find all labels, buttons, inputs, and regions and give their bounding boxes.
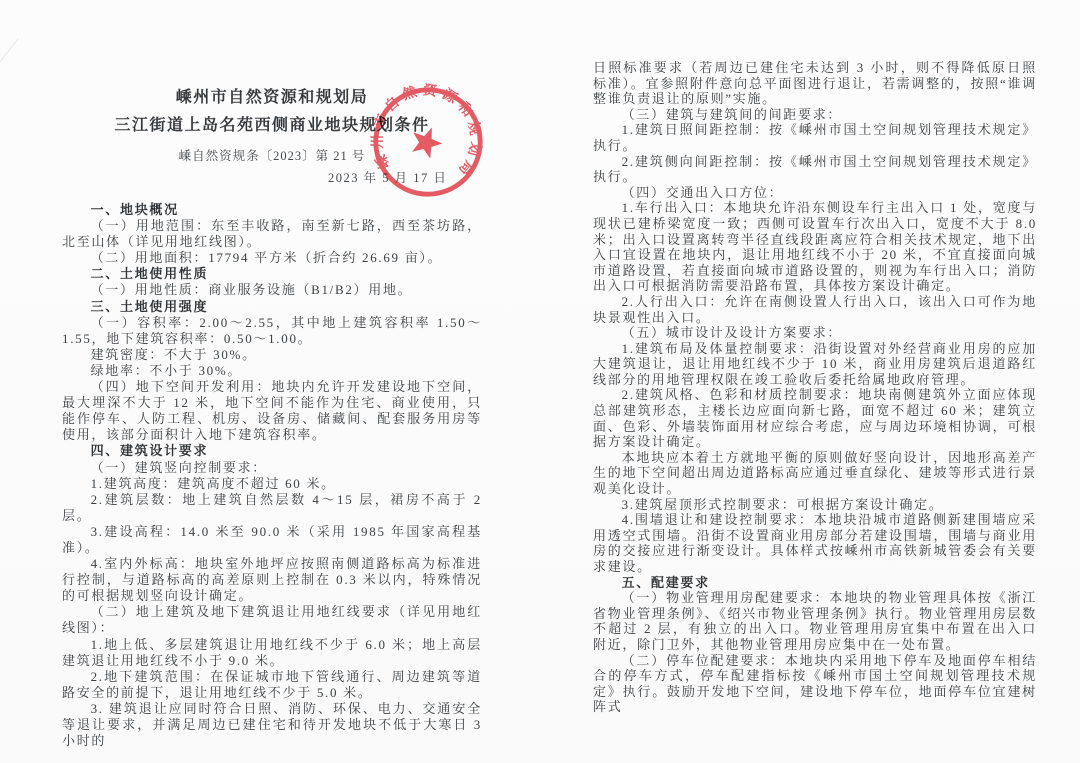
paragraph: （一）用地范围：东至丰收路，南至新七路，西至茶坊路，北至山体（详见用地红线图）。 [62, 218, 482, 250]
paragraph: 4.围墙退让和建设控制要求：本地块沿城市道路侧新建围墙应采用透空式围墙。沿街不设… [593, 512, 1037, 574]
paragraph: 3.建筑屋顶形式控制要求：可根据方案设计确定。 [593, 497, 1037, 513]
right-column: 日照标准要求（若周边已建住宅未达到 3 小时，则不得降低原日照标准）。宜参照附件… [593, 60, 1037, 715]
paragraph: （一）用地性质：商业服务设施（B1/B2）用地。 [62, 282, 482, 298]
paragraph: 四、建筑设计要求 [62, 443, 482, 459]
paragraph: （一）建筑竖向控制要求： [62, 460, 482, 476]
paragraph: 1.建筑日照间距控制：按《嵊州市国土空间规划管理技术规定》执行。 [593, 122, 1037, 153]
paragraph: 3. 建筑退让应同时符合日照、消防、环保、电力、交通安全等退让要求，并满足周边已… [62, 701, 482, 749]
paragraph: （一）物业管理用房配建要求：本地块的物业管理具体按《浙江省物业管理条例》、《绍兴… [593, 590, 1037, 652]
paragraph: 2.建筑风格、色彩和材质控制要求：地块南侧建筑外立面应体现总部建筑形态，主楼长边… [593, 387, 1037, 449]
paragraph: 三、土地使用强度 [62, 299, 482, 315]
scan-crease-line [0, 38, 19, 204]
paragraph: （三）建筑与建筑间的间距要求： [593, 107, 1037, 123]
paragraph: （二）地上建筑及地下建筑退让用地红线要求（详见用地红线图）： [62, 604, 482, 636]
paragraph: 建筑密度：不大于 30%。 [62, 347, 482, 363]
paragraph: 1.地上低、多层建筑退让用地红线不少于 6.0 米；地上高层建筑退让用地红线不小… [62, 637, 482, 669]
paragraph: 2.建筑侧向间距控制：按《嵊州市国土空间规划管理技术规定》执行。 [593, 154, 1037, 185]
document-header: 嵊州市自然资源和规划局 三江街道上岛名苑西侧商业地块规划条件 嵊自然资规条〔20… [62, 84, 482, 168]
left-column: 一、地块概况（一）用地范围：东至丰收路，南至新七路，西至茶坊路，北至山体（详见用… [62, 202, 482, 749]
paragraph: 1.建筑布局及体量控制要求：沿街设置对外经营商业用房的应加大建筑退让，退让用地红… [593, 341, 1037, 388]
agency-name: 嵊州市自然资源和规划局 [62, 84, 482, 112]
paragraph: 3.建设高程：14.0 米至 90.0 米（采用 1985 年国家高程基准）。 [62, 524, 482, 556]
paragraph: 日照标准要求（若周边已建住宅未达到 3 小时，则不得降低原日照标准）。宜参照附件… [593, 60, 1037, 107]
paragraph: 二、土地使用性质 [62, 266, 482, 282]
paragraph: 2.建筑层数：地上建筑自然层数 4～15 层，裙房不高于 2 层。 [62, 492, 482, 524]
paragraph: 2.人行出入口：允许在南侧设置人行出入口，该出入口可作为地块景观性出入口。 [593, 294, 1037, 325]
paragraph: 1.车行出入口：本地块允许沿东侧设车行主出入口 1 处，宽度与现状已建桥梁宽度一… [593, 200, 1037, 294]
paragraph: 1.建筑高度：建筑高度不超过 60 米。 [62, 476, 482, 492]
paragraph: 4.室内外标高：地块室外地坪应按照南侧道路标高为标准进行控制，与道路标高的高差原… [62, 556, 482, 604]
document-title: 三江街道上岛名苑西侧商业地块规划条件 [62, 112, 482, 140]
paragraph: 绿地率：不小于 30%。 [62, 363, 482, 379]
paragraph: （二）停车位配建要求：本地块内采用地下停车及地面停车相结合的停车方式，停车配建指… [593, 653, 1037, 715]
paragraph: 本地块应本着土方就地平衡的原则做好竖向设计，因地形高差产生的地下空间超出周边道路… [593, 450, 1037, 497]
paragraph: （一）容积率：2.00～2.55，其中地上建筑容积率 1.50～1.55，地下建… [62, 315, 482, 347]
paragraph: 2.地下建筑范围：在保证城市地下管线通行、周边建筑等道路安全的前提下，退让用地红… [62, 669, 482, 701]
document-number: 嵊自然资规条〔2023〕第 21 号 [62, 144, 482, 168]
paragraph: （四）交通出入口方位： [593, 185, 1037, 201]
document-page: 嵊州市自然资源和规划局 三江街道上岛名苑西侧商业地块规划条件 嵊自然资规条〔20… [0, 0, 1080, 763]
paragraph: （二）用地面积：17794 平方米（折合约 26.69 亩）。 [62, 250, 482, 266]
paragraph: （四）地下空间开发利用：地块内允许开发建设地下空间，最大埋深不大于 12 米，地… [62, 379, 482, 443]
paragraph: 五、配建要求 [593, 575, 1037, 591]
paragraph: 一、地块概况 [62, 202, 482, 218]
paragraph: （五）城市设计及设计方案要求： [593, 325, 1037, 341]
